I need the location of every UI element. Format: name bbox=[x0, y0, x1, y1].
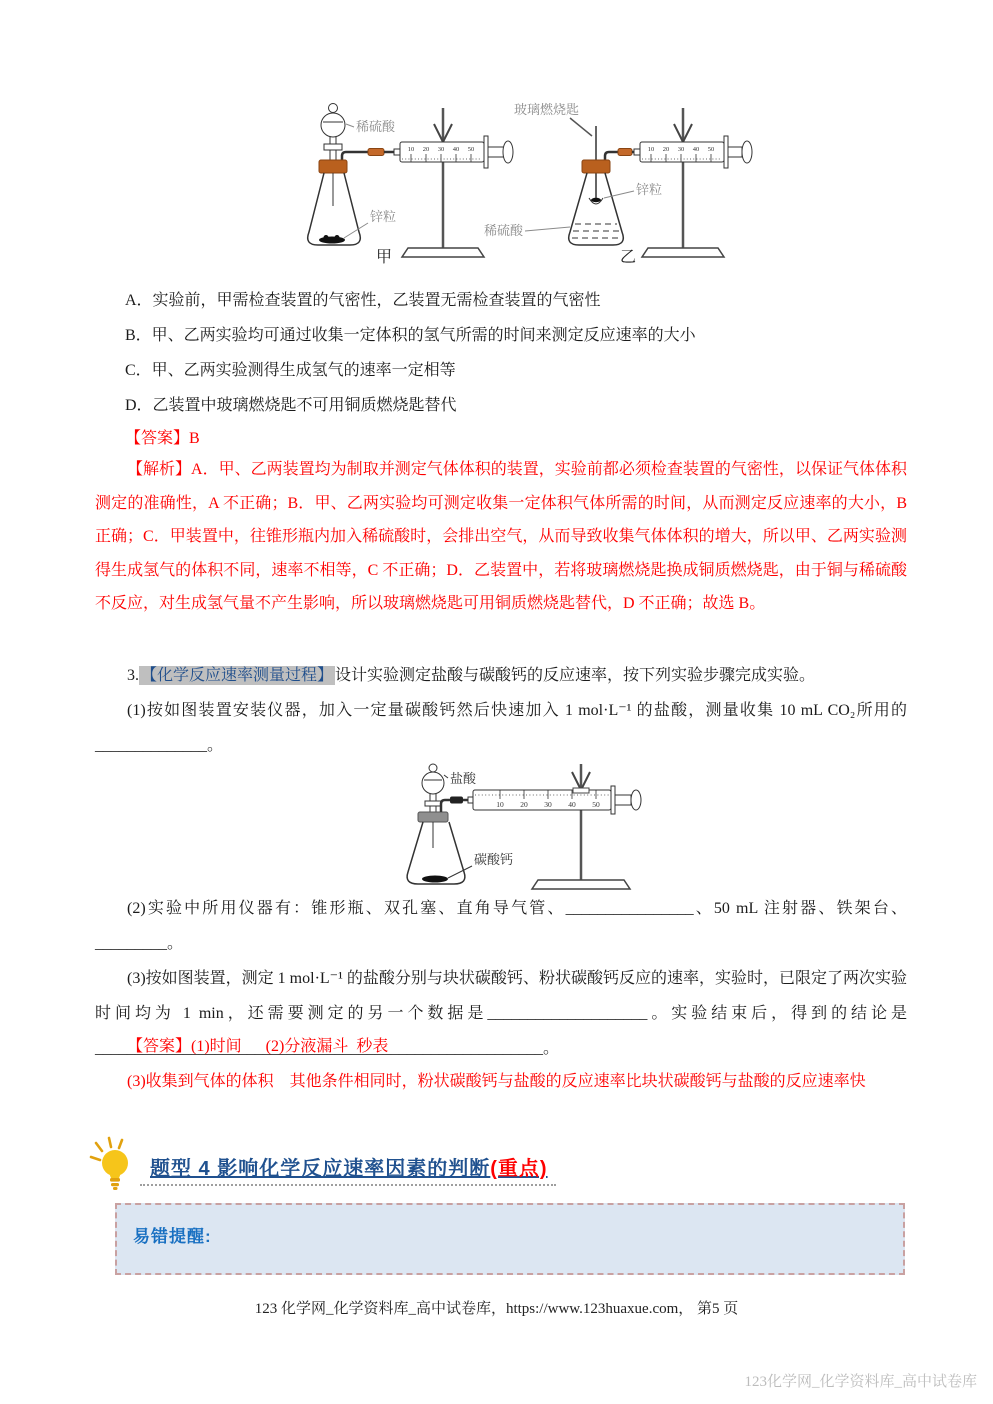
clamp-holder bbox=[573, 788, 589, 793]
granule-label: 碳酸钙 bbox=[474, 852, 513, 867]
option-b: B．甲、乙两实验均可通过收集一定体积的氢气所需的时间来测定反应速率的大小 bbox=[95, 318, 907, 353]
rubber-stopper bbox=[418, 812, 448, 822]
svg-text:50: 50 bbox=[592, 800, 600, 809]
syringe-tip bbox=[394, 149, 400, 155]
stand-base bbox=[402, 248, 484, 257]
syringe-plunger bbox=[728, 147, 742, 157]
svg-text:20: 20 bbox=[663, 146, 670, 153]
syringe-tip bbox=[468, 797, 473, 803]
svg-text:10: 10 bbox=[408, 146, 415, 153]
figure-caption-yi: 乙 bbox=[620, 249, 636, 266]
funnel-label: 盐酸 bbox=[450, 771, 477, 786]
funnel-label: 稀硫酸 bbox=[356, 119, 396, 134]
option-c: C．甲、乙两实验测得生成氢气的速率一定相等 bbox=[95, 353, 907, 388]
section-title: 题型 4 影响化学反应速率因素的判断(重点) bbox=[140, 1136, 556, 1186]
svg-text:30: 30 bbox=[678, 146, 685, 153]
reminder-box: 易错提醒: bbox=[115, 1203, 905, 1275]
stand-base bbox=[532, 880, 630, 889]
svg-text:30: 30 bbox=[438, 146, 445, 153]
svg-text:30: 30 bbox=[544, 800, 552, 809]
syringe-tip bbox=[634, 149, 640, 155]
granule-label: 锌粒 bbox=[636, 182, 662, 197]
gas-tube bbox=[441, 800, 450, 812]
stand-base bbox=[642, 248, 724, 257]
svg-text:40: 40 bbox=[453, 146, 460, 153]
zinc-granules bbox=[591, 198, 601, 202]
liquid-label: 稀硫酸 bbox=[484, 223, 524, 238]
figure-caption-jia: 甲 bbox=[376, 248, 392, 266]
funnel-stopper bbox=[329, 104, 338, 113]
question3-part2: (2)实验中所用仪器有：锥形瓶、双孔塞、直角导气管、______________… bbox=[95, 891, 907, 961]
rubber-stopper bbox=[319, 160, 347, 173]
question3-stem: 3.【化学反应速率测量过程】设计实验测定盐酸与碳酸钙的反应速率，按下列实验步骤完… bbox=[95, 658, 907, 693]
svg-text:10: 10 bbox=[648, 146, 655, 153]
option-d: D．乙装置中玻璃燃烧匙不可用铜质燃烧匙替代 bbox=[95, 388, 907, 423]
question-number: 3. bbox=[127, 667, 139, 684]
question3-answers: 【答案】(1)时间 (2)分液漏斗 秒表 (3)收集到气体的体积 其他条件相同时… bbox=[95, 1030, 907, 1099]
zinc-granules bbox=[319, 237, 345, 244]
apparatus-q3-figure: 盐酸 碳酸钙 10 20 30 40 50 bbox=[388, 760, 698, 898]
question2-answer: 【答案】B bbox=[125, 428, 200, 450]
question3-answer3: (3)收集到气体的体积 其他条件相同时，粉状碳酸钙与盐酸的反应速率比块状碳酸钙与… bbox=[95, 1065, 907, 1100]
calcium-carbonate-granules bbox=[422, 876, 448, 883]
svg-text:20: 20 bbox=[520, 800, 528, 809]
funnel-stopper bbox=[429, 764, 437, 772]
question3-intro: 设计实验测定盐酸与碳酸钙的反应速率，按下列实验步骤完成实验。 bbox=[335, 667, 815, 684]
gas-tube bbox=[342, 152, 368, 160]
svg-text:20: 20 bbox=[423, 146, 430, 153]
question2-options: A．实验前，甲需检查装置的气密性，乙装置无需检查装置的气密性 B．甲、乙两实验均… bbox=[95, 283, 907, 423]
question2-analysis: 【解析】A．甲、乙两装置均为制取并测定气体体积的装置，实验前都必须检查装置的气密… bbox=[95, 453, 907, 621]
dropping-funnel bbox=[422, 772, 444, 794]
syringe-barrel bbox=[473, 790, 611, 810]
lightbulb-icon bbox=[88, 1136, 140, 1192]
svg-text:50: 50 bbox=[468, 146, 475, 153]
svg-text:50: 50 bbox=[708, 146, 715, 153]
dropping-funnel bbox=[321, 113, 345, 137]
watermark: 123化学网_化学资料库_高中试卷库 bbox=[744, 1370, 977, 1391]
syringe-plunger bbox=[615, 795, 631, 805]
apparatus-yi-figure: 10 20 30 40 50 玻璃燃烧匙 锌粒 稀硫酸 乙 bbox=[478, 98, 758, 266]
section-header: 题型 4 影响化学反应速率因素的判断(重点) bbox=[88, 1136, 556, 1192]
svg-text:40: 40 bbox=[568, 800, 576, 809]
spoon-label: 玻璃燃烧匙 bbox=[514, 102, 579, 117]
topic-tag: 【化学反应速率测量过程】 bbox=[139, 666, 335, 685]
question3-block: 3.【化学反应速率测量过程】设计实验测定盐酸与碳酸钙的反应速率，按下列实验步骤完… bbox=[95, 658, 907, 763]
rubber-stopper bbox=[582, 160, 610, 173]
stopcock bbox=[425, 801, 441, 806]
page-footer: 123 化学网_化学资料库_高中试卷库，https://www.123huaxu… bbox=[0, 1297, 993, 1318]
granule-label: 锌粒 bbox=[370, 209, 396, 224]
conical-flask bbox=[407, 822, 465, 884]
stopcock bbox=[324, 144, 342, 150]
svg-text:10: 10 bbox=[496, 800, 504, 809]
gas-tube bbox=[605, 152, 618, 160]
tube-connector bbox=[618, 149, 632, 156]
reminder-title: 易错提醒: bbox=[117, 1205, 903, 1247]
svg-text:40: 40 bbox=[693, 146, 700, 153]
tube-connector bbox=[450, 797, 463, 804]
conical-flask bbox=[308, 173, 361, 245]
section-title-emphasis: (重点) bbox=[490, 1158, 547, 1180]
question3-part1: (1)按如图装置安装仪器，加入一定量碳酸钙然后快速加入 1 mol·L⁻¹ 的盐… bbox=[95, 693, 907, 763]
tube-connector bbox=[368, 149, 384, 156]
question3-answer1: 【答案】(1)时间 (2)分液漏斗 秒表 bbox=[95, 1030, 907, 1065]
liquid-level bbox=[572, 224, 620, 238]
worksheet-page: 10 20 30 40 50 稀硫酸 锌粒 甲 bbox=[0, 0, 993, 1404]
option-a: A．实验前，甲需检查装置的气密性，乙装置无需检查装置的气密性 bbox=[95, 283, 907, 318]
